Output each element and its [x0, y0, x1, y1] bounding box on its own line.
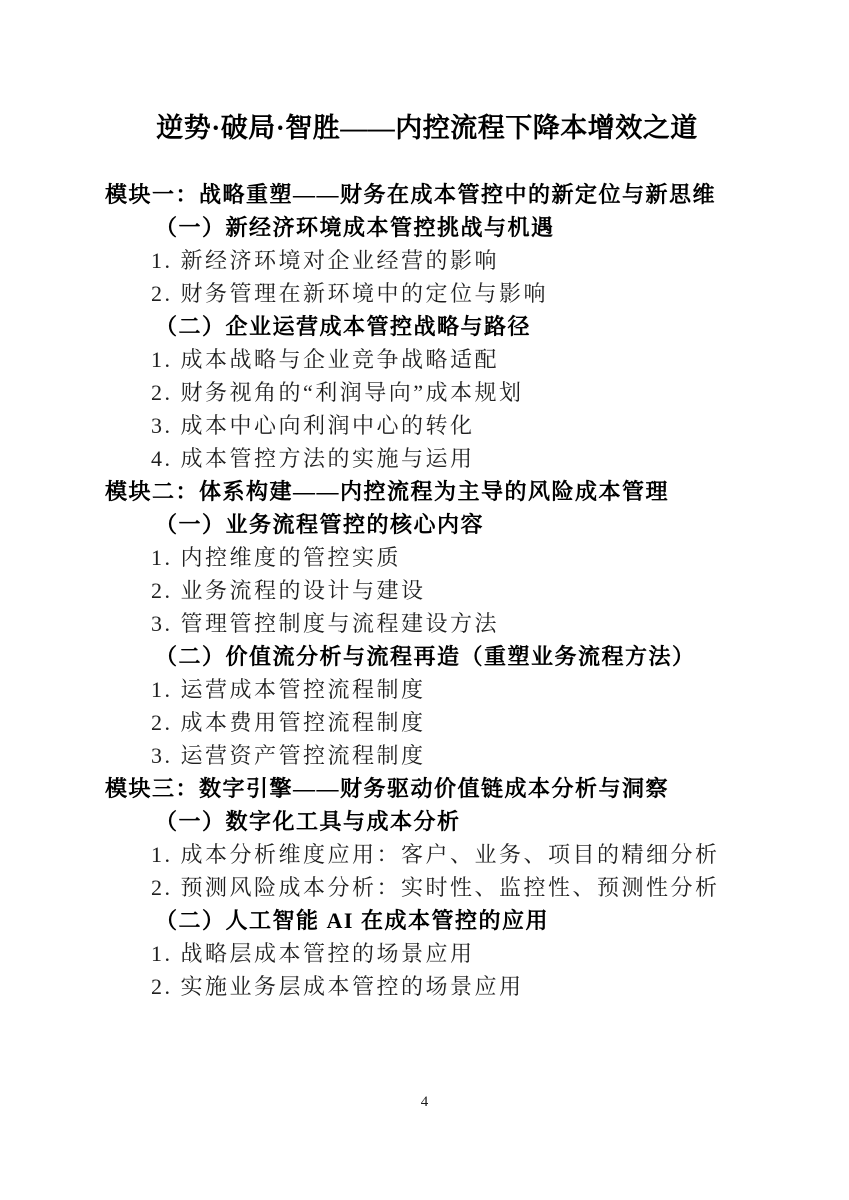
outline-item: 1. 内控维度的管控实质 [151, 541, 749, 574]
course-outline: 模块一：战略重塑——财务在成本管控中的新定位与新思维（一）新经济环境成本管控挑战… [105, 178, 749, 1003]
outline-item: 1. 成本战略与企业竞争战略适配 [151, 343, 749, 376]
document-title: 逆势·破局·智胜——内控流程下降本增效之道 [105, 108, 749, 148]
outline-item: 4. 成本管控方法的实施与运用 [151, 442, 749, 475]
outline-item: 3. 运营资产管控流程制度 [151, 739, 749, 772]
outline-item: 2. 成本费用管控流程制度 [151, 706, 749, 739]
module-heading: 模块二：体系构建——内控流程为主导的风险成本管理 [105, 475, 749, 508]
page-footer: 4 [0, 1093, 849, 1111]
page-number: 4 [421, 1094, 429, 1110]
outline-item: 1. 战略层成本管控的场景应用 [151, 937, 749, 970]
section-heading: （二）价值流分析与流程再造（重塑业务流程方法） [155, 640, 749, 673]
outline-item: 2. 实施业务层成本管控的场景应用 [151, 970, 749, 1003]
outline-item: 1. 新经济环境对企业经营的影响 [151, 244, 749, 277]
outline-item: 3. 管理管控制度与流程建设方法 [151, 607, 749, 640]
section-heading: （二）企业运营成本管控战略与路径 [155, 310, 749, 343]
document-page: 逆势·破局·智胜——内控流程下降本增效之道 模块一：战略重塑——财务在成本管控中… [0, 0, 849, 1200]
module-heading: 模块三：数字引擎——财务驱动价值链成本分析与洞察 [105, 772, 749, 805]
module-heading: 模块一：战略重塑——财务在成本管控中的新定位与新思维 [105, 178, 749, 211]
section-heading: （二）人工智能 AI 在成本管控的应用 [155, 904, 749, 937]
outline-item: 2. 财务视角的“利润导向”成本规划 [151, 376, 749, 409]
outline-item: 2. 业务流程的设计与建设 [151, 574, 749, 607]
outline-item: 1. 成本分析维度应用：客户、业务、项目的精细分析 [151, 838, 749, 871]
outline-item: 2. 预测风险成本分析：实时性、监控性、预测性分析 [151, 871, 749, 904]
outline-item: 2. 财务管理在新环境中的定位与影响 [151, 277, 749, 310]
section-heading: （一）业务流程管控的核心内容 [155, 508, 749, 541]
section-heading: （一）新经济环境成本管控挑战与机遇 [155, 211, 749, 244]
outline-item: 1. 运营成本管控流程制度 [151, 673, 749, 706]
section-heading: （一）数字化工具与成本分析 [155, 805, 749, 838]
outline-item: 3. 成本中心向利润中心的转化 [151, 409, 749, 442]
